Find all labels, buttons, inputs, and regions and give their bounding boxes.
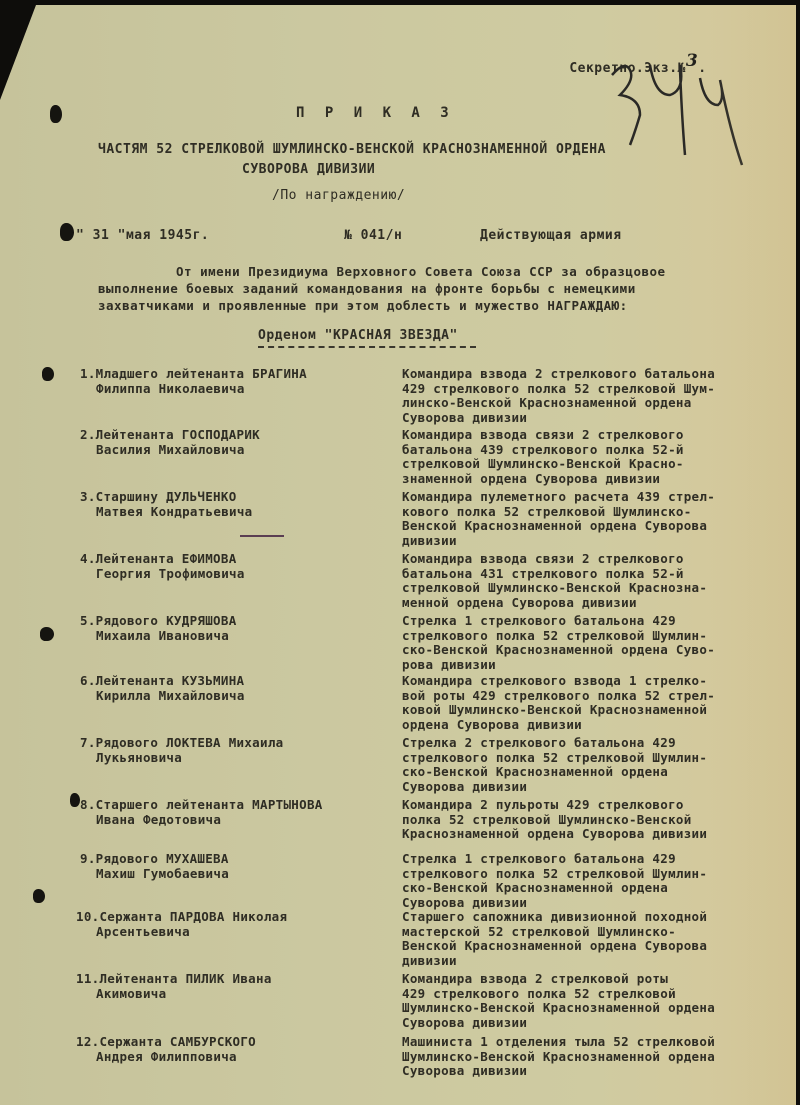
recipient-given-names: Матвея Кондратьевича xyxy=(96,505,253,520)
order-subtitle: /По награждению/ xyxy=(272,188,405,203)
recipient-rank-surname: 12.Сержанта САМБУРСКОГО xyxy=(76,1035,256,1050)
award-underline xyxy=(258,346,476,348)
recipient-rank-surname: 4.Лейтенанта ЕФИМОВА xyxy=(80,552,237,567)
order-heading: П Р И К А З xyxy=(296,106,455,121)
order-number: № 041/н xyxy=(344,228,402,243)
recipient-given-names: Андрея Филипповича xyxy=(96,1050,237,1065)
punch-hole xyxy=(33,889,45,903)
punch-hole xyxy=(70,793,80,807)
handwritten-number xyxy=(600,50,750,170)
recipient-position: Командира взвода связи 2 стрелковогобата… xyxy=(402,552,707,610)
recipient-position: Командира взвода 2 стрелкового батальона… xyxy=(402,367,715,425)
recipient-given-names: Махиш Гумобаевича xyxy=(96,867,229,882)
order-addressee-line1: ЧАСТЯМ 52 СТРЕЛКОВОЙ ШУМЛИНСКО-ВЕНСКОЙ К… xyxy=(98,142,606,157)
recipient-position: Старшего сапожника дивизионной походнойм… xyxy=(402,910,707,968)
recipient-position: Командира взвода 2 стрелковой роты429 ст… xyxy=(402,972,715,1030)
punch-hole xyxy=(50,105,62,123)
punch-hole xyxy=(60,223,74,241)
recipient-position: Командира пулеметного расчета 439 стрел-… xyxy=(402,490,715,548)
paper-fold-line xyxy=(0,5,4,99)
recipient-given-names: Арсентьевича xyxy=(96,925,190,940)
recipient-rank-surname: 2.Лейтенанта ГОСПОДАРИК xyxy=(80,428,260,443)
punch-hole xyxy=(40,627,54,641)
recipient-rank-surname: 3.Старшину ДУЛЬЧЕНКО xyxy=(80,490,237,505)
preamble-line2: выполнение боевых заданий командования н… xyxy=(98,281,636,296)
recipient-rank-surname: 11.Лейтенанта ПИЛИК Ивана xyxy=(76,972,272,987)
recipient-position: Стрелка 1 стрелкового батальона 429стрел… xyxy=(402,852,707,910)
recipient-given-names: Василия Михайловича xyxy=(96,443,245,458)
recipient-rank-surname: 1.Младшего лейтенанта БРАГИНА xyxy=(80,367,307,382)
recipient-rank-surname: 8.Старшего лейтенанта МАРТЫНОВА xyxy=(80,798,323,813)
recipient-given-names: Филиппа Николаевича xyxy=(96,382,245,397)
recipient-position: Командира взвода связи 2 стрелковогобата… xyxy=(402,428,684,486)
recipient-rank-surname: 9.Рядового МУХАШЕВА xyxy=(80,852,229,867)
ink-mark xyxy=(240,535,284,537)
recipient-rank-surname: 10.Сержанта ПАРДОВА Николая xyxy=(76,910,287,925)
order-location: Действующая армия xyxy=(480,228,622,243)
recipient-position: Командира 2 пульроты 429 стрелковогополк… xyxy=(402,798,707,842)
punch-hole xyxy=(42,367,54,381)
preamble-line3: захватчиками и проявленные при этом добл… xyxy=(98,298,628,313)
order-date: " 31 "мая 1945г. xyxy=(76,228,209,243)
recipient-position: Стрелка 1 стрелкового батальона 429стрел… xyxy=(402,614,715,672)
recipient-rank-surname: 6.Лейтенанта КУЗЬМИНА xyxy=(80,674,244,689)
recipient-given-names: Лукьяновича xyxy=(96,751,182,766)
recipient-position: Стрелка 2 стрелкового батальона 429стрел… xyxy=(402,736,707,794)
recipient-given-names: Георгия Трофимовича xyxy=(96,567,245,582)
recipient-rank-surname: 7.Рядового ЛОКТЕВА Михаила xyxy=(80,736,283,751)
recipient-given-names: Ивана Федотовича xyxy=(96,813,221,828)
recipient-position: Командира стрелкового взвода 1 стрелко-в… xyxy=(402,674,715,732)
recipient-given-names: Кирилла Михайловича xyxy=(96,689,245,704)
recipient-position: Машиниста 1 отделения тыла 52 стрелковой… xyxy=(402,1035,715,1079)
preamble-line1: От имени Президиума Верховного Совета Со… xyxy=(176,264,666,279)
order-addressee-line2: СУВОРОВА ДИВИЗИИ xyxy=(242,162,375,177)
recipient-given-names: Акимовича xyxy=(96,987,166,1002)
document-page: Секретно.Экз.№3. П Р И К А З ЧАСТЯМ 52 С… xyxy=(0,5,796,1105)
recipient-given-names: Михаила Ивановича xyxy=(96,629,229,644)
recipient-rank-surname: 5.Рядового КУДРЯШОВА xyxy=(80,614,237,629)
award-title: Орденом "КРАСНАЯ ЗВЕЗДА" xyxy=(258,328,458,343)
